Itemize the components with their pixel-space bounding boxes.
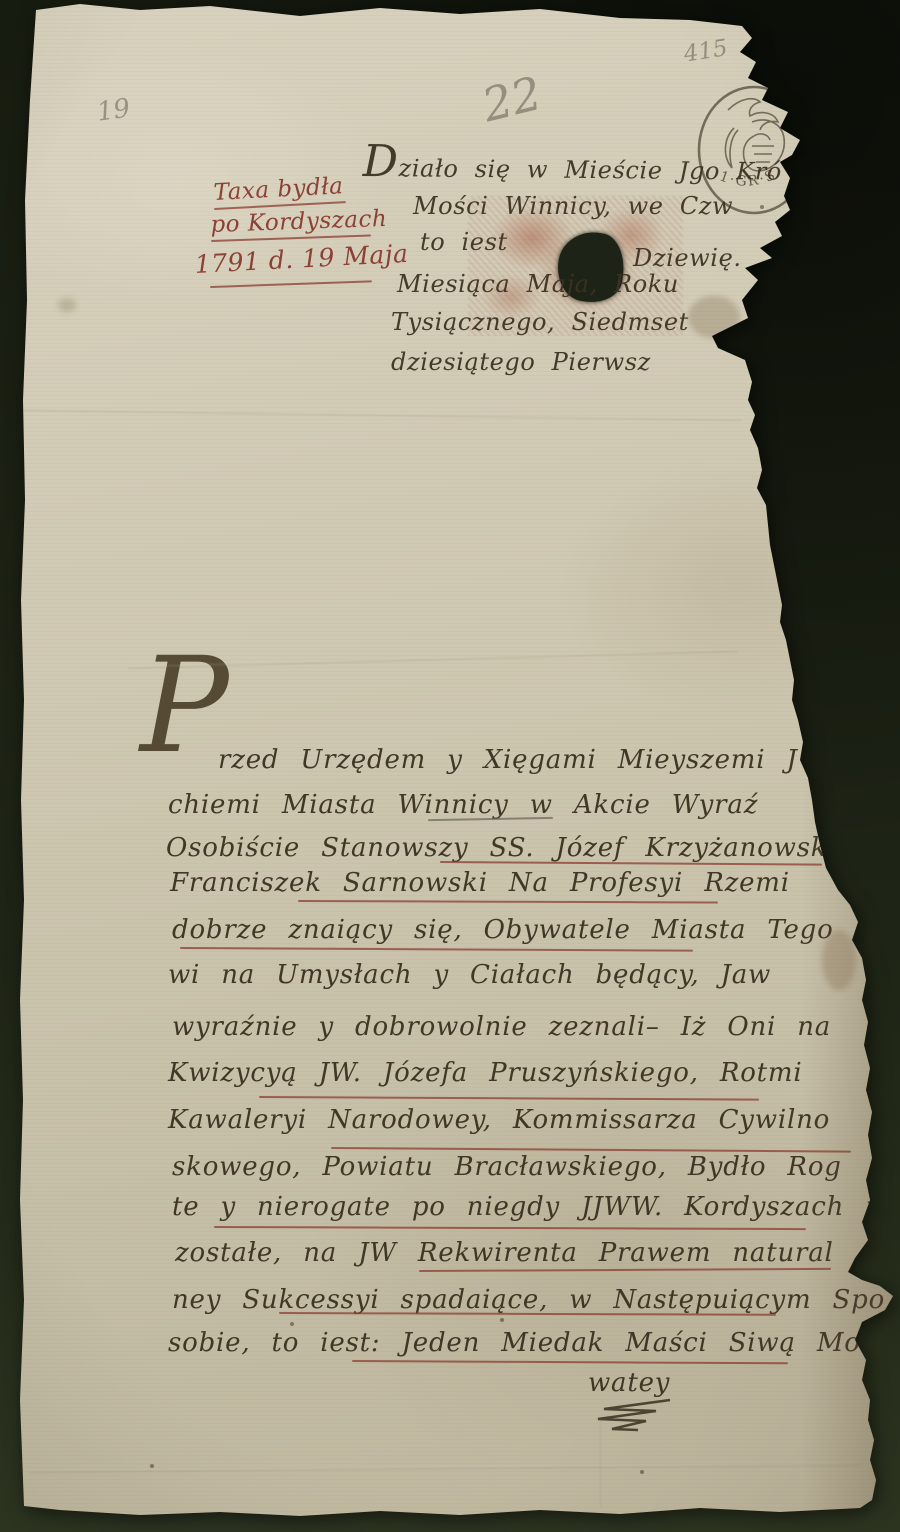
speck [835, 630, 839, 634]
handwritten-line: ney Sukcessyi spadaiące, w Następuiącym … [172, 1285, 885, 1315]
handwritten-line: Osobiście Stanowszy SS. Józef Krzyżanows… [166, 833, 846, 863]
speck [640, 1470, 644, 1474]
handwritten-line: Działo się w Mieście Jgo Kró [363, 136, 783, 191]
photographed-document: 19 22 415 1·GR·S [0, 0, 900, 1532]
handwritten-line: sobie, to iest: Jeden Miedak Maści Siwą … [168, 1328, 900, 1358]
fold-crease [22, 408, 742, 421]
red-underline [210, 280, 372, 288]
handwritten-line: skowego, Powiatu Bracławskiego, Bydło Ro… [172, 1152, 842, 1182]
red-underline [259, 1096, 759, 1101]
red-underline [352, 1360, 788, 1364]
red-underline [279, 1312, 776, 1316]
red-note-line: Taxa bydła [213, 173, 344, 206]
handwritten-line: Mości Winnicy, we Czw [413, 192, 733, 220]
handwritten-line: Franciszek Sarnowski Na Profesyi Rzemi [170, 868, 790, 898]
fold-crease [598, 1420, 601, 1508]
fold-crease [30, 1463, 860, 1473]
red-underline [180, 947, 693, 952]
pencil-corner-mark: 19 [95, 93, 132, 127]
stain [822, 930, 856, 990]
handwritten-line: chiemi Miasta Winnicy w Akcie Wyraź [168, 790, 758, 820]
speck [760, 205, 764, 209]
pencil-folio-number: 415 [682, 35, 729, 68]
handwritten-line: te y nierogate po niegdy JJWW. Kordyszac… [172, 1192, 899, 1222]
red-underline [298, 900, 718, 903]
handwritten-line: Dziewię. [633, 244, 742, 272]
handwritten-line: Tysiącznego, Siedmset [391, 308, 689, 336]
handwritten-line: Miesiąca Maja, Roku [397, 270, 679, 298]
handwritten-line: Kawaleryi Narodowey, Kommissarza Cywilno [168, 1105, 830, 1135]
handwritten-line: wyraźnie y dobrowolnie zeznali– Iż Oni n… [172, 1012, 831, 1042]
speck [500, 1318, 504, 1322]
speck [290, 1322, 294, 1326]
handwritten-line: Kwizycyą JW. Józefa Pruszyńskiego, Rotmi [168, 1058, 803, 1088]
handwritten-line: wi na Umysłach y Ciałach będący, Jaw [168, 960, 771, 990]
stain [58, 298, 76, 312]
red-underline [419, 1268, 831, 1272]
handwritten-line: dziesiątego Pierwsz [391, 348, 651, 376]
paper: 19 22 415 1·GR·S [0, 0, 900, 1532]
torn-paper-sheet: 19 22 415 1·GR·S [0, 0, 900, 1532]
stain [818, 548, 860, 600]
handwritten-line: to iest [420, 228, 508, 256]
speck [150, 1464, 154, 1468]
handwritten-line: zostałe, na JW Rekwirenta Prawem natural [175, 1238, 834, 1268]
pencil-document-number: 22 [477, 66, 547, 133]
ink-flourish [582, 1396, 682, 1436]
red-underline [214, 1226, 806, 1230]
red-note-line: 1791 d. 19 Maja [194, 239, 409, 279]
stain [688, 296, 740, 338]
handwritten-line: watey [588, 1368, 670, 1398]
initial-letter: P [140, 640, 229, 772]
handwritten-line: rzed Urzędem y Xięgami Mieyszemi J [218, 745, 798, 775]
handwritten-line: dobrze znaiący się, Obywatele Miasta Teg… [172, 915, 834, 945]
red-note-line: po Kordyszach [210, 206, 388, 238]
